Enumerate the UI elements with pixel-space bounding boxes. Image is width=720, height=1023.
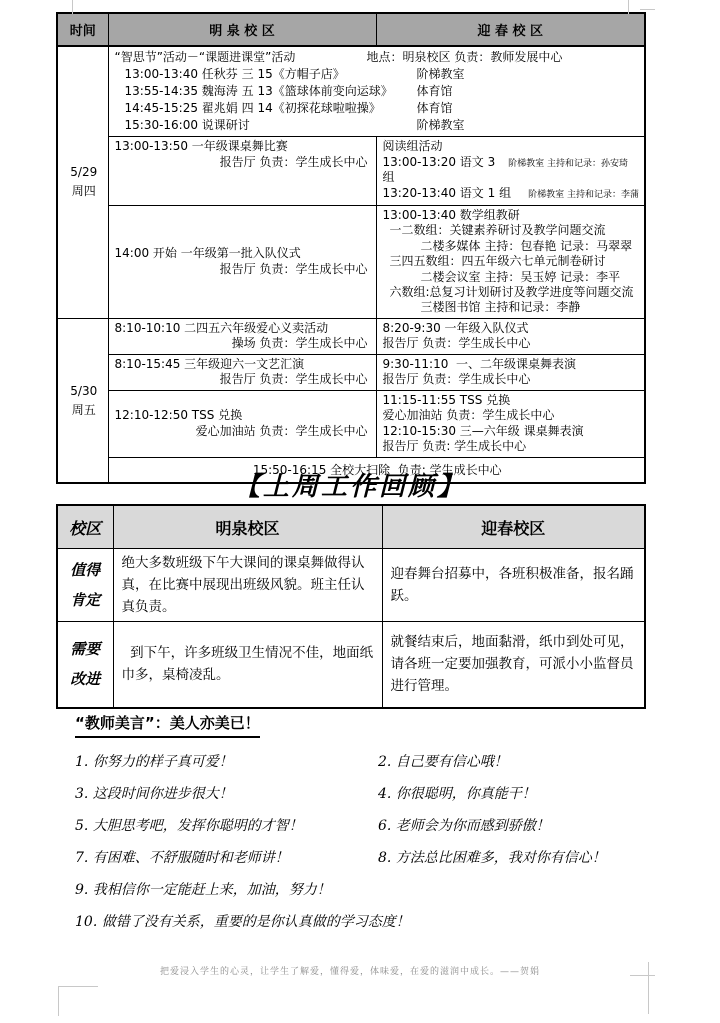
mq-desk-dance-cell: 13:00-13:50 一年级课桌舞比赛 报告厅 负责：学生成长中心 (108, 137, 376, 206)
crop-mark-top-left (72, 0, 73, 14)
crop-mark-top-right-h (640, 9, 655, 10)
event-place: 操场 负责：学生成长中心 (115, 336, 372, 352)
yc-reading-group-cell: 阅读组活动 13:00-13:20 语文 3 组阶梯教室 主持和记录：孙安琦 1… (376, 137, 645, 206)
lesson-2: 13:55-14:35 魏海涛 五 13《篮球体前变向运球》 (115, 83, 417, 100)
mq-joining-ceremony-cell: 14:00 开始 一年级第一批入队仪式 报告厅 负责：学生成长中心 (108, 206, 376, 319)
lesson-2-room: 体育馆 (417, 83, 453, 100)
header-mingquan-campus: 明泉校区 (113, 505, 382, 549)
event-title: 14:00 开始 一年级第一批入队仪式 (115, 246, 372, 262)
event-1-place: 爱心加油站 负责：学生成长中心 (383, 408, 641, 424)
date-text: 5/29 (64, 163, 104, 182)
mq-charity-sale-cell: 8:10-10:10 二四五六年级爱心义卖活动 操场 负责：学生成长中心 (108, 318, 376, 354)
session-1-note: 阶梯教室 主持和记录：孙安琦 (508, 157, 628, 173)
math-line-6: 六数组:总复习计划研讨及教学进度等问题交流 (383, 285, 641, 300)
row-friday-3: 12:10-12:50 TSS 兑换 爱心加油站 负责：学生成长中心 11:15… (57, 390, 645, 457)
lesson-4-room: 阶梯教室 (417, 117, 465, 134)
math-line-3: 二楼多媒体 主持：包春艳 记录：马翠翠 (383, 239, 641, 254)
quote-item: 6. 老师会为你而感到骄傲！ (378, 810, 640, 842)
improve-label: 需要 改进 (57, 622, 113, 708)
header-yingchun-campus: 迎 春 校 区 (376, 13, 645, 46)
activity-location: 地点：明泉校区 负责：教师发展中心 (367, 49, 563, 66)
praise-mingquan-text: 绝大多数班级下午大课间的课桌舞做得认真，在比赛中展现出班级风貌。班主任认真负责。 (113, 549, 382, 622)
weekday-text: 周四 (64, 182, 104, 201)
date-text: 5/30 (64, 382, 104, 401)
praise-yingchun-text: 迎春舞台招募中，各班积极准备，报名踊跃。 (382, 549, 645, 622)
yc-desk-dance-cell: 9:30-11:10 一、二年级课桌舞表演 报告厅 负责：学生成长中心 (376, 354, 645, 390)
header-campus: 校区 (57, 505, 113, 549)
lesson-3-room: 体育馆 (417, 100, 453, 117)
improve-row: 需要 改进 到下午，许多班级卫生情况不佳，地面纸巾多，桌椅凌乱。 就餐结束后，地… (57, 622, 645, 708)
improve-mingquan-text: 到下午，许多班级卫生情况不佳，地面纸巾多，桌椅凌乱。 (113, 622, 382, 708)
session-1: 13:00-13:20 语文 3 组 (383, 155, 509, 186)
event-place: 报告厅 负责：学生成长中心 (115, 372, 372, 388)
math-line-5: 二楼会议室 主持：吴玉婷 记录：李平 (383, 270, 641, 285)
quote-item: 8. 方法总比困难多，我对你有信心！ (378, 842, 640, 874)
event-place: 报告厅 负责：学生成长中心 (383, 336, 641, 352)
header-mingquan-campus: 明 泉 校 区 (108, 13, 376, 46)
event-2-title: 12:10-15:30 三—六年级 课桌舞表演 (383, 424, 641, 440)
math-line-4: 三四五数组：四五年级六七单元制卷研讨 (383, 254, 641, 269)
activity-title: “智思节”活动－“课题进课堂”活动 (115, 49, 367, 66)
document-page: 时间 明 泉 校 区 迎 春 校 区 5/29 周四 “智思节”活动－“课题进课… (0, 0, 720, 1023)
math-line-7: 三楼图书馆 主持和记录：李静 (383, 300, 641, 315)
schedule-header-row: 时间 明 泉 校 区 迎 春 校 区 (57, 13, 645, 46)
mq-art-show-cell: 8:10-15:45 三年级迎六一文艺汇演 报告厅 负责：学生成长中心 (108, 354, 376, 390)
crop-mark-bottom-right-h (630, 975, 655, 976)
zhisijie-activity-cell: “智思节”活动－“课题进课堂”活动地点：明泉校区 负责：教师发展中心 13:00… (108, 46, 645, 137)
math-line-2: 一二数组：关键素养研讨及教学问题交流 (383, 223, 641, 238)
improve-yingchun-text: 就餐结束后，地面黏滑，纸巾到处可见，请各班一定要加强教育，可派小小监督员进行管理… (382, 622, 645, 708)
event-title: 8:20-9:30 一年级入队仪式 (383, 321, 641, 337)
row-friday-2: 8:10-15:45 三年级迎六一文艺汇演 报告厅 负责：学生成长中心 9:30… (57, 354, 645, 390)
quote-item: 10. 做错了没有关系，重要的是你认真做的学习态度！ (75, 906, 640, 938)
session-2: 13:20-13:40 语文 1 组 (383, 186, 512, 202)
quote-item: 4. 你很聪明，你真能干！ (378, 778, 640, 810)
teacher-quotes-list: 1. 你努力的样子真可爱！ 2. 自己要有信心哦！ 3. 这段时间你进步很大！ … (75, 746, 640, 938)
event-1-title: 11:15-11:55 TSS 兑换 (383, 393, 641, 409)
yc-joining-ceremony-cell: 8:20-9:30 一年级入队仪式 报告厅 负责：学生成长中心 (376, 318, 645, 354)
last-week-review-title: 【上周工作回顾】 (56, 466, 644, 503)
praise-row: 值得 肯定 绝大多数班级下午大课间的课桌舞做得认真，在比赛中展现出班级风貌。班主… (57, 549, 645, 622)
header-yingchun-campus: 迎春校区 (382, 505, 645, 549)
row-thursday-2: 13:00-13:50 一年级课桌舞比赛 报告厅 负责：学生成长中心 阅读组活动… (57, 137, 645, 206)
event-place: 报告厅 负责：学生成长中心 (115, 155, 372, 171)
yc-tss-exchange-cell: 11:15-11:55 TSS 兑换 爱心加油站 负责：学生成长中心 12:10… (376, 390, 645, 457)
row-zhisijie: 5/29 周四 “智思节”活动－“课题进课堂”活动地点：明泉校区 负责：教师发展… (57, 46, 645, 137)
yc-math-research-cell: 13:00-13:40 数学组教研 一二数组：关键素养研讨及教学问题交流 二楼多… (376, 206, 645, 319)
crop-mark-bottom-right-v (648, 962, 649, 1014)
event-title: 8:10-10:10 二四五六年级爱心义卖活动 (115, 321, 372, 337)
event-title: 9:30-11:10 一、二年级课桌舞表演 (383, 357, 641, 373)
lesson-4: 15:30-16:00 说课研讨 (115, 117, 417, 134)
teacher-quotes-heading: “教师美言”：美人亦美已！ (75, 712, 260, 738)
crop-mark-top-right-v (628, 0, 629, 14)
praise-label: 值得 肯定 (57, 549, 113, 622)
event-title: 13:00-13:50 一年级课桌舞比赛 (115, 139, 372, 155)
quote-item: 7. 有困难、不舒服随时和老师讲！ (75, 842, 378, 874)
schedule-table: 时间 明 泉 校 区 迎 春 校 区 5/29 周四 “智思节”活动－“课题进课… (56, 12, 644, 484)
row-friday-1: 5/30 周五 8:10-10:10 二四五六年级爱心义卖活动 操场 负责：学生… (57, 318, 645, 354)
quote-item: 5. 大胆思考吧，发挥你聪明的才智！ (75, 810, 378, 842)
header-time: 时间 (57, 13, 108, 46)
event-title: 8:10-15:45 三年级迎六一文艺汇演 (115, 357, 372, 373)
quote-item: 9. 我相信你一定能赶上来，加油，努力！ (75, 874, 640, 906)
mq-tss-exchange-cell: 12:10-12:50 TSS 兑换 爱心加油站 负责：学生成长中心 (108, 390, 376, 457)
lesson-1: 13:00-13:40 任秋芬 三 15《方帽子店》 (115, 66, 417, 83)
quote-item: 1. 你努力的样子真可爱！ (75, 746, 378, 778)
crop-mark-bottom-left-v (58, 986, 59, 1016)
date-cell-5-29: 5/29 周四 (57, 46, 108, 318)
lesson-1-room: 阶梯教室 (417, 66, 465, 83)
weekday-text: 周五 (64, 401, 104, 420)
review-header-row: 校区 明泉校区 迎春校区 (57, 505, 645, 549)
event-place: 爱心加油站 负责：学生成长中心 (115, 424, 372, 440)
event-title: 12:10-12:50 TSS 兑换 (115, 408, 372, 424)
quote-item: 3. 这段时间你进步很大！ (75, 778, 378, 810)
session-2-note: 阶梯教室 主持和记录：李蒲 (528, 188, 639, 204)
math-line-1: 13:00-13:40 数学组教研 (383, 208, 641, 223)
date-cell-5-30: 5/30 周五 (57, 318, 108, 483)
event-place: 报告厅 负责：学生成长中心 (115, 262, 372, 278)
event-place: 报告厅 负责：学生成长中心 (383, 372, 641, 388)
crop-mark-bottom-left-h (58, 986, 98, 987)
quote-item: 2. 自己要有信心哦！ (378, 746, 640, 778)
review-table: 校区 明泉校区 迎春校区 值得 肯定 绝大多数班级下午大课间的课桌舞做得认真，在… (56, 504, 644, 709)
row-thursday-3: 14:00 开始 一年级第一批入队仪式 报告厅 负责：学生成长中心 13:00-… (57, 206, 645, 319)
event-title: 阅读组活动 (383, 139, 641, 155)
lesson-3: 14:45-15:25 翟兆娟 四 14《初探花球啦啦操》 (115, 100, 417, 117)
event-2-place: 报告厅 负责: 学生成长中心 (383, 439, 641, 455)
footer-motto: 把爱浸入学生的心灵，让学生了解爱，懂得爱，体味爱，在爱的滋润中成长。——贺娟 (56, 964, 644, 977)
